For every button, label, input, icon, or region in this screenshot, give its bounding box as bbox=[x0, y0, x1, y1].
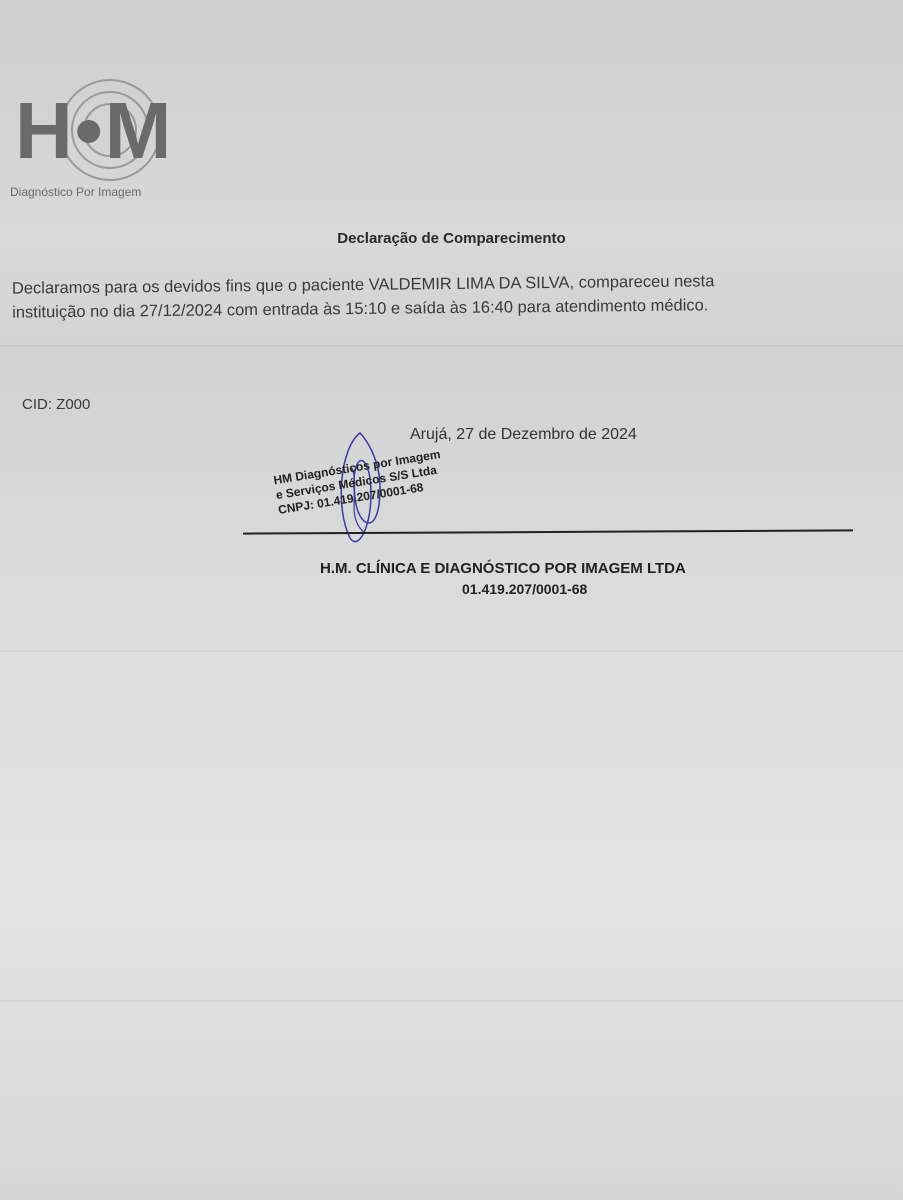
logo-subtitle: Diagnóstico Por Imagem bbox=[10, 185, 141, 199]
logo-letters: H•M bbox=[15, 85, 173, 177]
company-logo: H•M Diagnóstico Por Imagem bbox=[10, 80, 200, 200]
document-title: Declaração de Comparecimento bbox=[0, 230, 903, 247]
paper-fold bbox=[0, 1000, 903, 1002]
paper-fold bbox=[0, 650, 903, 652]
paper-fold bbox=[0, 345, 903, 347]
cid-code: CID: Z000 bbox=[22, 396, 90, 413]
place-date: Arujá, 27 de Dezembro de 2024 bbox=[410, 426, 637, 444]
declaration-text: Declaramos para os devidos fins que o pa… bbox=[12, 267, 892, 324]
company-cnpj: 01.419.207/0001-68 bbox=[462, 581, 587, 597]
company-name: H.M. CLÍNICA E DIAGNÓSTICO POR IMAGEM LT… bbox=[320, 560, 686, 577]
